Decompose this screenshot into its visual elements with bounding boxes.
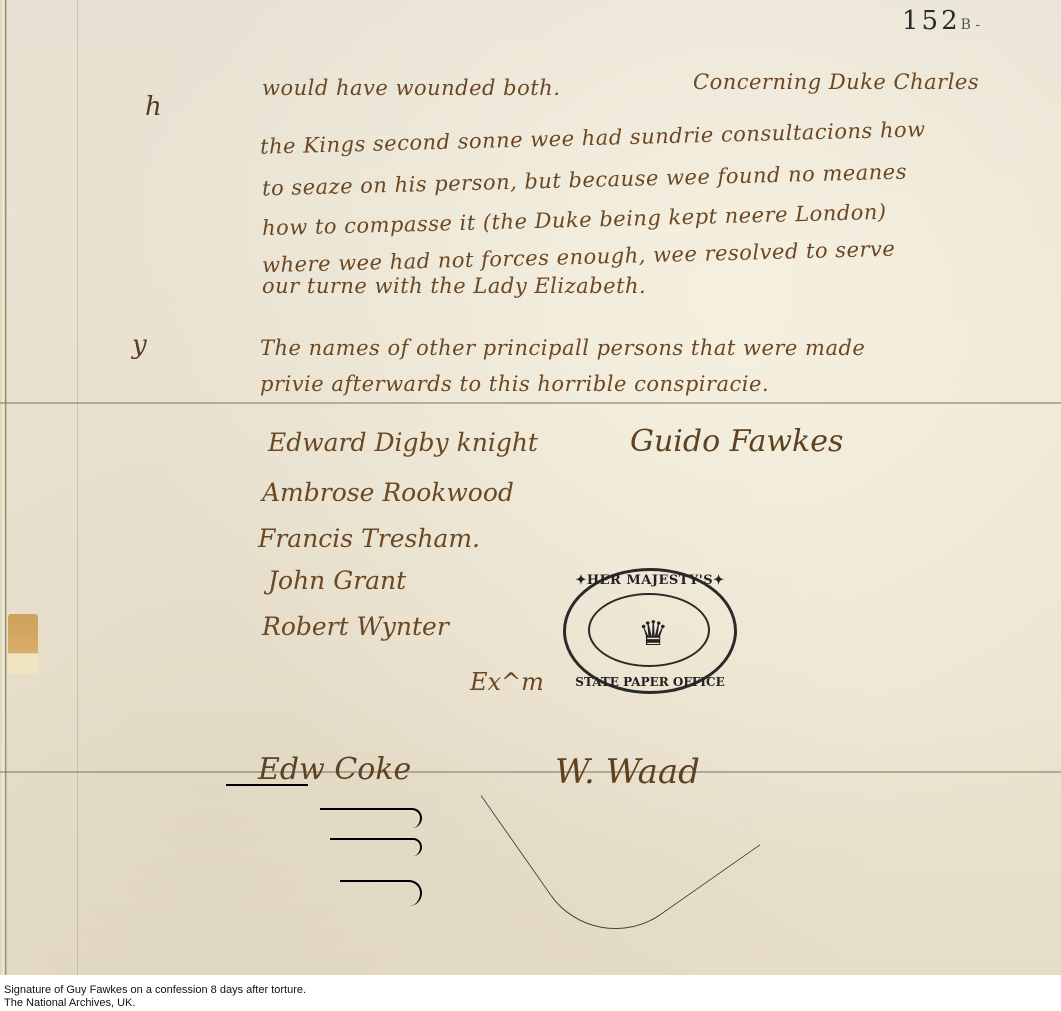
- text-line-2: the Kings second sonne wee had sundrie c…: [260, 117, 926, 158]
- text-line-1: would have wounded both.: [262, 76, 560, 100]
- folio-number: 152B -: [902, 6, 980, 36]
- caption-line-2: The National Archives, UK.: [4, 997, 306, 1010]
- conspirator-name: Robert Wynter: [262, 612, 449, 641]
- conspirator-name: Ambrose Rookwood: [262, 478, 514, 507]
- paper-stain: [8, 614, 38, 674]
- margin-mark-y: y: [132, 330, 147, 360]
- stamp-inner-ring: ♛: [588, 593, 710, 667]
- caption-line-1: Signature of Guy Fawkes on a confession …: [4, 984, 306, 997]
- coke-flourish: [330, 838, 422, 856]
- exam-mark: Ex^m: [470, 668, 544, 696]
- conspirator-name: John Grant: [268, 566, 406, 595]
- waad-flourish: [481, 681, 761, 961]
- text-line-5: where wee had not forces enough, wee res…: [262, 237, 896, 278]
- image-caption: Signature of Guy Fawkes on a confession …: [4, 984, 306, 1010]
- text-line-1-tail: Concerning Duke Charles: [693, 70, 979, 94]
- text-line-7: The names of other principall persons th…: [260, 336, 865, 360]
- text-line-6: our turne with the Lady Elizabeth.: [262, 274, 646, 298]
- coke-flourish: [340, 880, 422, 906]
- conspirator-name: Francis Tresham.: [258, 524, 480, 553]
- text-line-3: to seaze on his person, but because wee …: [262, 160, 907, 201]
- fold-line-upper: [0, 402, 1061, 404]
- page-edge: [0, 0, 7, 975]
- signature-guido-fawkes: Guido Fawkes: [630, 424, 843, 459]
- stamp-top-text: ✦HER MAJESTY'S✦: [566, 573, 734, 588]
- text-line-8: privie afterwards to this horrible consp…: [260, 372, 769, 396]
- conspirator-name: Edward Digby knight: [268, 428, 538, 457]
- coke-flourish: [320, 808, 422, 828]
- text-line-4: how to compasse it (the Duke being kept …: [262, 200, 887, 240]
- margin-mark-h: h: [145, 92, 162, 122]
- signature-edw-coke: Edw Coke: [258, 752, 411, 787]
- fold-line-vertical: [77, 0, 78, 975]
- crown-icon: ♛: [638, 617, 660, 651]
- manuscript-page: 152B - h y would have wounded both. Conc…: [0, 0, 1061, 975]
- state-paper-office-stamp: ✦HER MAJESTY'S✦ ♛ STATE PAPER OFFICE: [563, 568, 737, 694]
